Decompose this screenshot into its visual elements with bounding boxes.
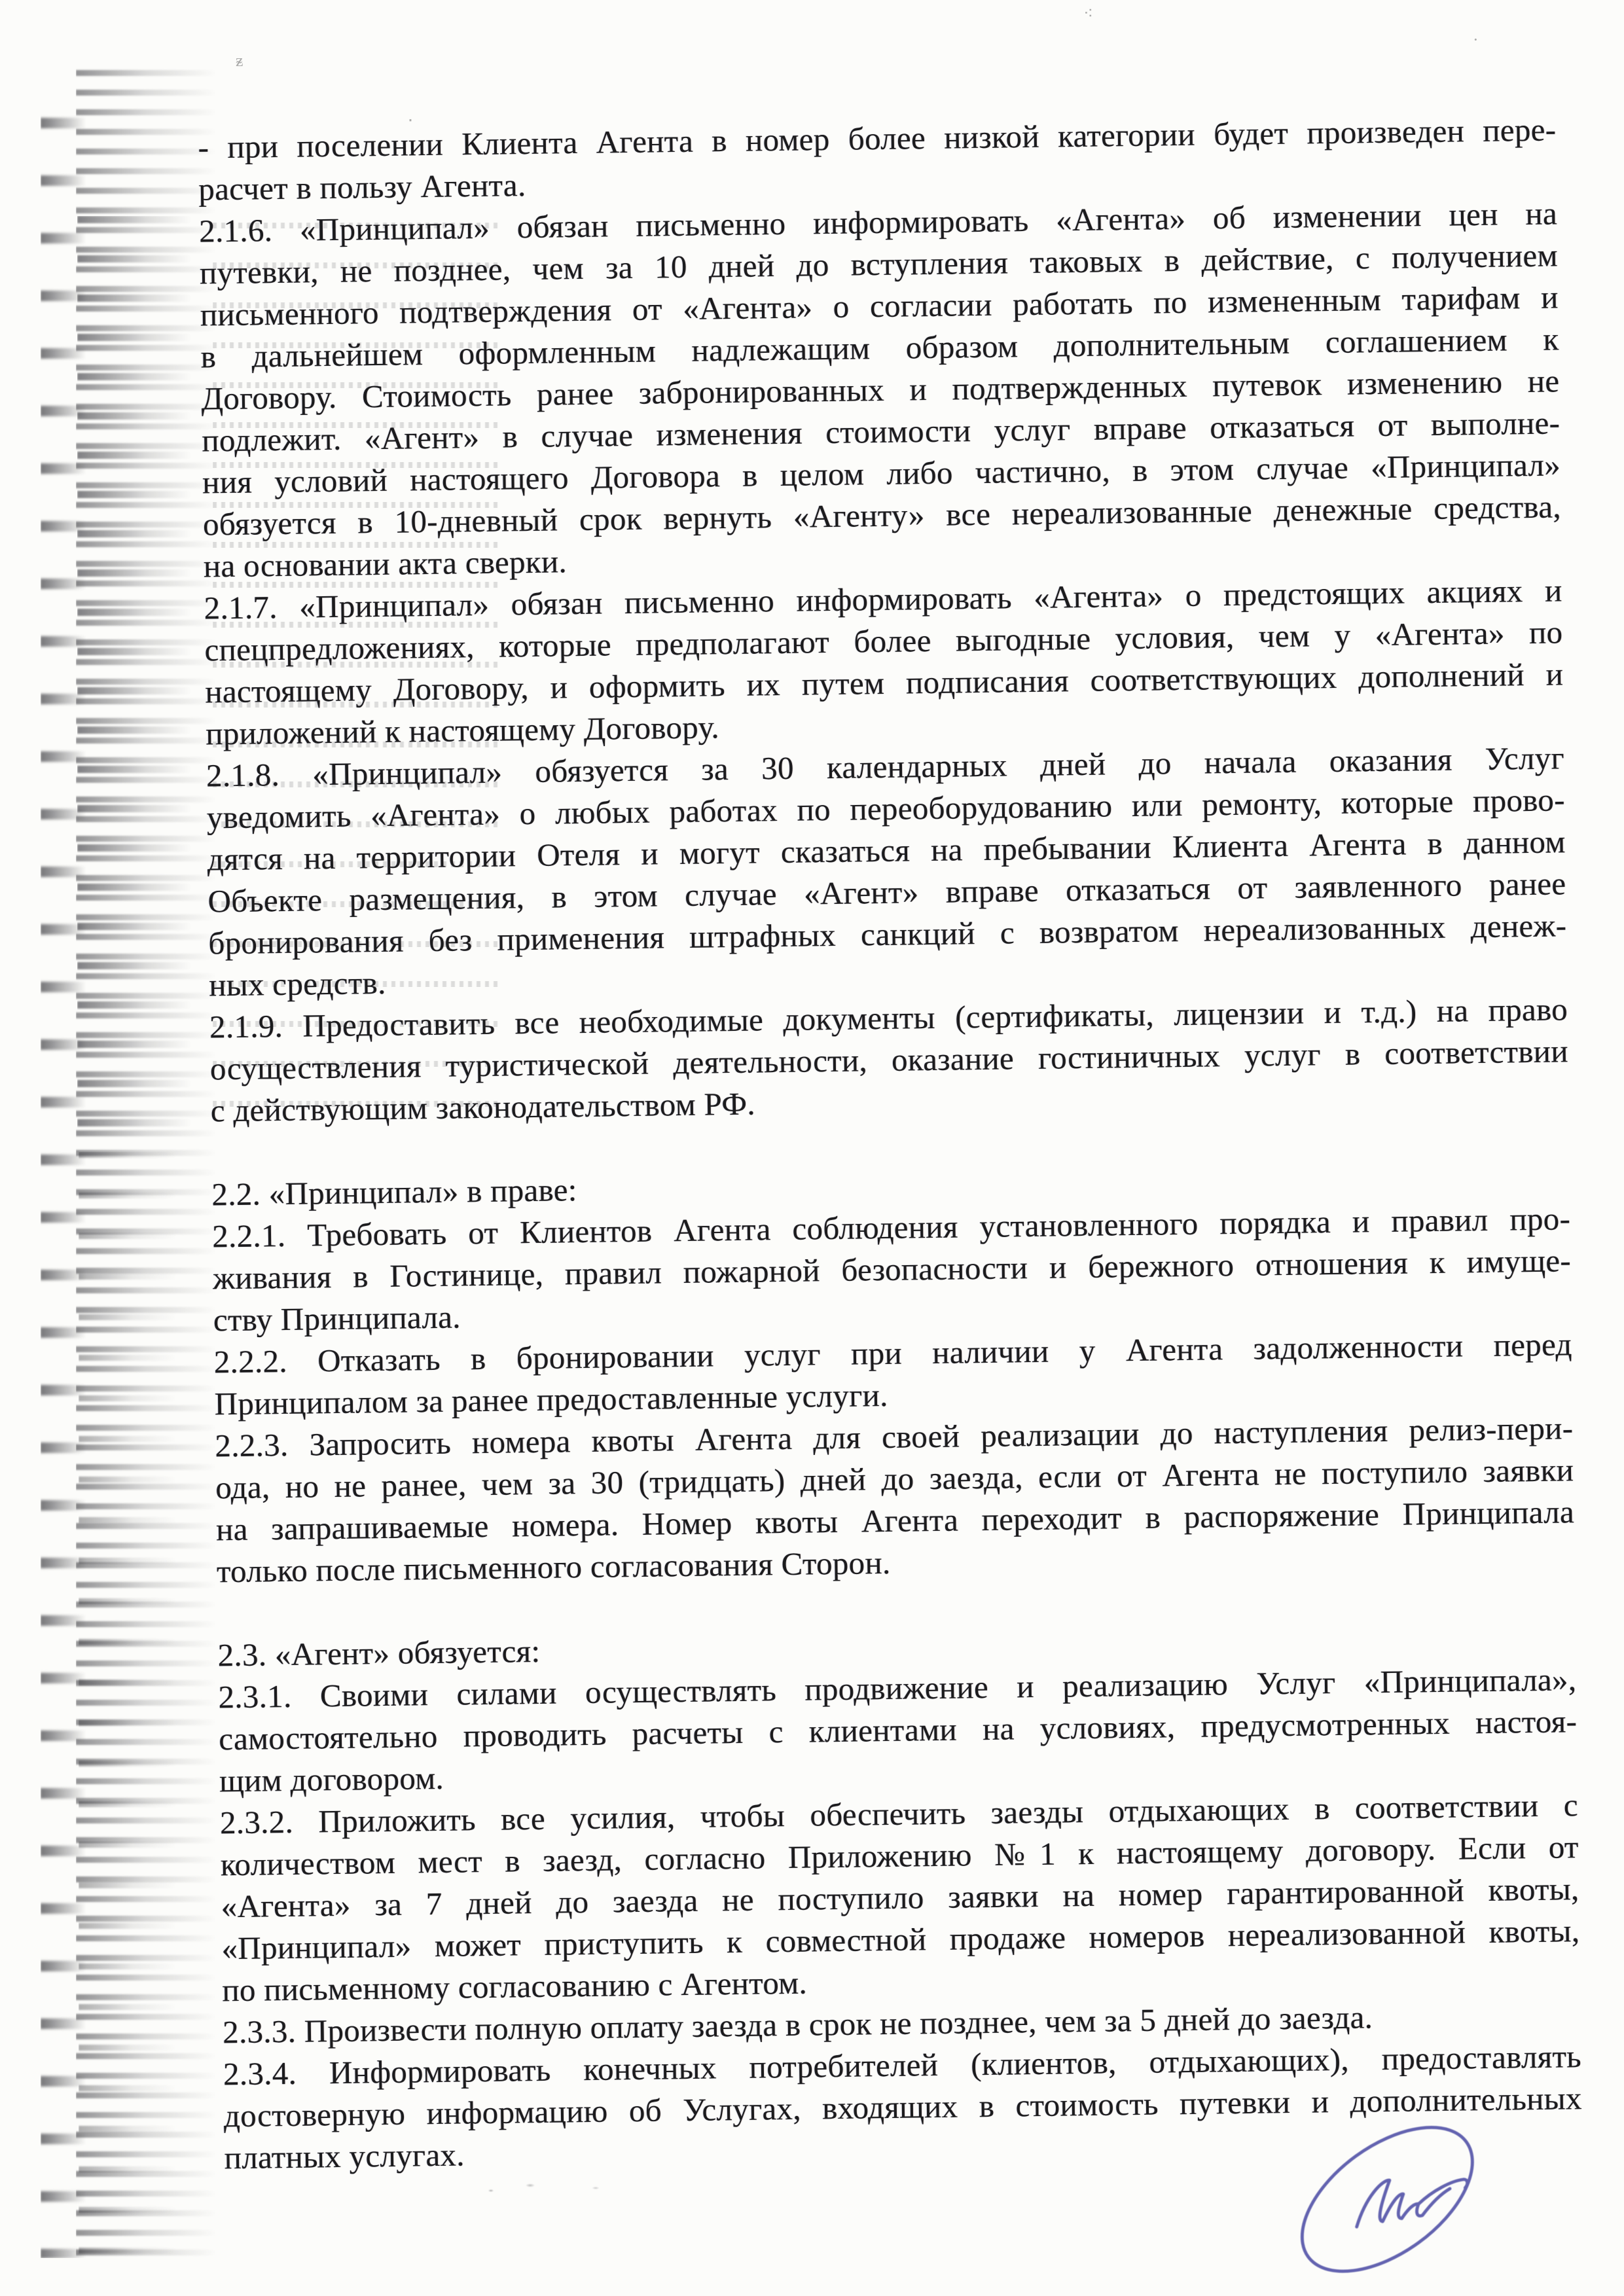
scanned-contract-page: { "page": { "background_color": "#fcfcfa…: [0, 0, 1624, 2296]
paragraph-clause-2-1-7: 2.1.7. «Принципал» обязан письменно инфо…: [204, 569, 1564, 755]
handwritten-signature: [1271, 2106, 1500, 2289]
signature-squiggle: [1357, 2180, 1450, 2227]
signature-loop: [1277, 2106, 1498, 2289]
scanner-noise-left-band-light: [79, 1152, 177, 2265]
scan-speck: ⁖: [1083, 5, 1093, 22]
scan-speck: ᵶ: [236, 52, 244, 69]
paragraph-clause-2-3-2: 2.3.2. Приложить все усилия, чтобы обесп…: [220, 1784, 1581, 2011]
faint-pencil-smudges: [471, 2176, 641, 2202]
paragraph-clause-2-1-8: 2.1.8. «Принципал» обязуется за 30 кален…: [206, 737, 1568, 1006]
paragraph-clause-2-2-1: 2.2.1. Требовать от Клиентов Агента собл…: [212, 1198, 1572, 1341]
document-text-block: - при поселении Клиента Агента в номер б…: [198, 109, 1583, 2179]
paragraph-clause-2-1-6: 2.1.6. «Принципал» обязан письменно инфо…: [199, 192, 1562, 587]
paragraph-clause-2-1-9: 2.1.9. Предоставить все необходимые доку…: [209, 988, 1569, 1132]
scanner-noise-edge-blobs: [41, 79, 86, 2258]
scanner-noise-left-band: [76, 59, 217, 2258]
scan-speck: ·: [1473, 31, 1479, 48]
paragraph-clause-2-3-1: 2.3.1. Своими силами осуществлять продви…: [218, 1659, 1578, 1802]
paragraph-clause-2-2-3: 2.2.3. Запросить номера квоты Агента для…: [215, 1407, 1575, 1592]
scanner-noise-left-band-dense: [77, 216, 192, 1152]
